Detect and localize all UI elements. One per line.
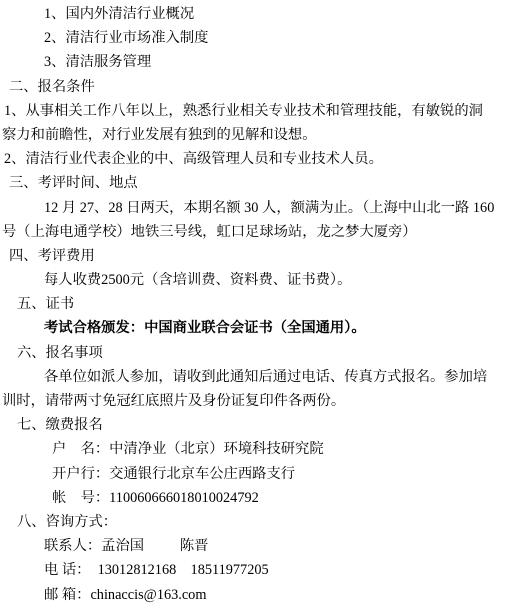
condition-item-2: 2、清洁行业代表企业的中、高级管理人员和专业技术人员。 <box>0 147 510 171</box>
section-heading-3-time-location: 三、考评时间、地点 <box>0 171 510 195</box>
course-topic-item-3: 3、清洁服务管理 <box>0 50 510 74</box>
account-number-line: 帐 号：110060666018010024792 <box>0 486 510 510</box>
section-heading-7-payment: 七、缴费报名 <box>0 413 510 437</box>
condition-item-1-line-2: 察力和前瞻性，对行业发展有独到的见解和设想。 <box>0 123 510 147</box>
phone-numbers-line: 电 话： 13012812168 18511977205 <box>0 558 510 582</box>
registration-matters-line-2: 训时，请带两寸免冠红底照片及身份证复印件各两份。 <box>0 389 510 413</box>
section-heading-6-registration-matters: 六、报名事项 <box>0 341 510 365</box>
email-line: 邮 箱：chinaccis@163.com <box>0 583 510 606</box>
bank-branch-line: 开户行：交通银行北京车公庄西路支行 <box>0 462 510 486</box>
time-location-line-1: 12 月 27、28 日两天，本期名额 30 人，额满为止。（上海中山北一路 1… <box>0 196 510 220</box>
time-location-line-2: 号（上海电通学校）地铁三号线，虹口足球场站，龙之梦大厦旁） <box>0 220 510 244</box>
certificate-issuer-line: 考试合格颁发：中国商业联合会证书（全国通用）。 <box>0 316 510 340</box>
condition-item-1-line-1: 1、从事相关工作八年以上，熟悉行业相关专业技术和管理技能，有敏锐的洞 <box>0 99 510 123</box>
course-topic-item-2: 2、清洁行业市场准入制度 <box>0 26 510 50</box>
section-heading-4-fees: 四、考评费用 <box>0 244 510 268</box>
section-heading-8-contact: 八、咨询方式： <box>0 510 510 534</box>
contact-person-line: 联系人：孟治国 陈晋 <box>0 534 510 558</box>
course-topic-item-1: 1、国内外清洁行业概况 <box>0 2 510 26</box>
account-name-line: 户 名：中清净业（北京）环境科技研究院 <box>0 437 510 461</box>
section-heading-5-certificate: 五、证书 <box>0 292 510 316</box>
notice-document: 1、国内外清洁行业概况 2、清洁行业市场准入制度 3、清洁服务管理 二、报名条件… <box>0 0 510 606</box>
fee-amount-line: 每人收费2500元（含培训费、资料费、证书费）。 <box>0 268 510 292</box>
registration-matters-line-1: 各单位如派人参加，请收到此通知后通过电话、传真方式报名。参加培 <box>0 365 510 389</box>
section-heading-2-registration-conditions: 二、报名条件 <box>0 75 510 99</box>
